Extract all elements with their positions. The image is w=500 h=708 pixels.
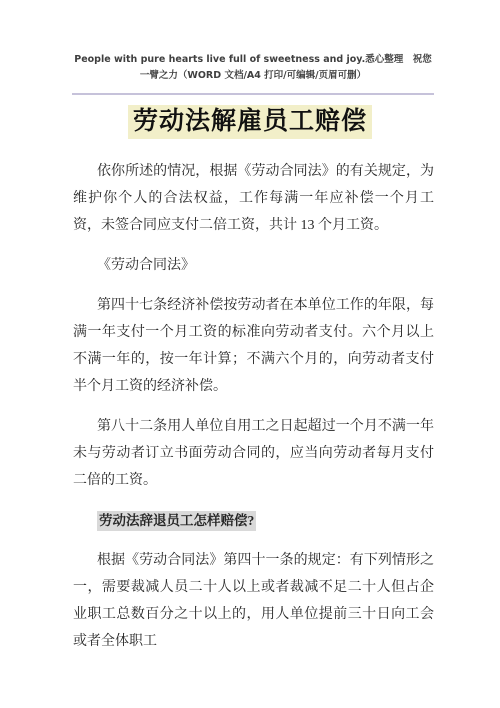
- document-page: People with pure hearts live full of swe…: [0, 0, 500, 708]
- page-header-text: People with pure hearts live full of swe…: [72, 52, 434, 84]
- paragraph: 依你所述的情况，根据《劳动合同法》的有关规定，为维护你个人的合法权益，工作每满一…: [73, 158, 434, 239]
- document-body: 依你所述的情况，根据《劳动合同法》的有关规定，为维护你个人的合法权益，工作每满一…: [73, 158, 434, 668]
- header-divider: [72, 93, 434, 95]
- document-title: 劳动法解雇员工赔偿: [0, 104, 500, 140]
- section-subheading-text: 劳动法辞退员工怎样赔偿?: [97, 511, 256, 531]
- paragraph: 第四十七条经济补偿按劳动者在本单位工作的年限，每满一年支付一个月工资的标准向劳动…: [73, 292, 434, 400]
- paragraph: 第八十二条用人单位自用工之日起超过一个月不满一年未与劳动者订立书面劳动合同的，应…: [73, 413, 434, 494]
- section-subheading: 劳动法辞退员工怎样赔偿?: [73, 507, 434, 534]
- document-title-text: 劳动法解雇员工赔偿: [128, 105, 372, 139]
- paragraph: 根据《劳动合同法》第四十一条的规定：有下列情形之一，需要裁减人员二十人以上或者裁…: [73, 547, 434, 655]
- paragraph: 《劳动合同法》: [73, 252, 434, 279]
